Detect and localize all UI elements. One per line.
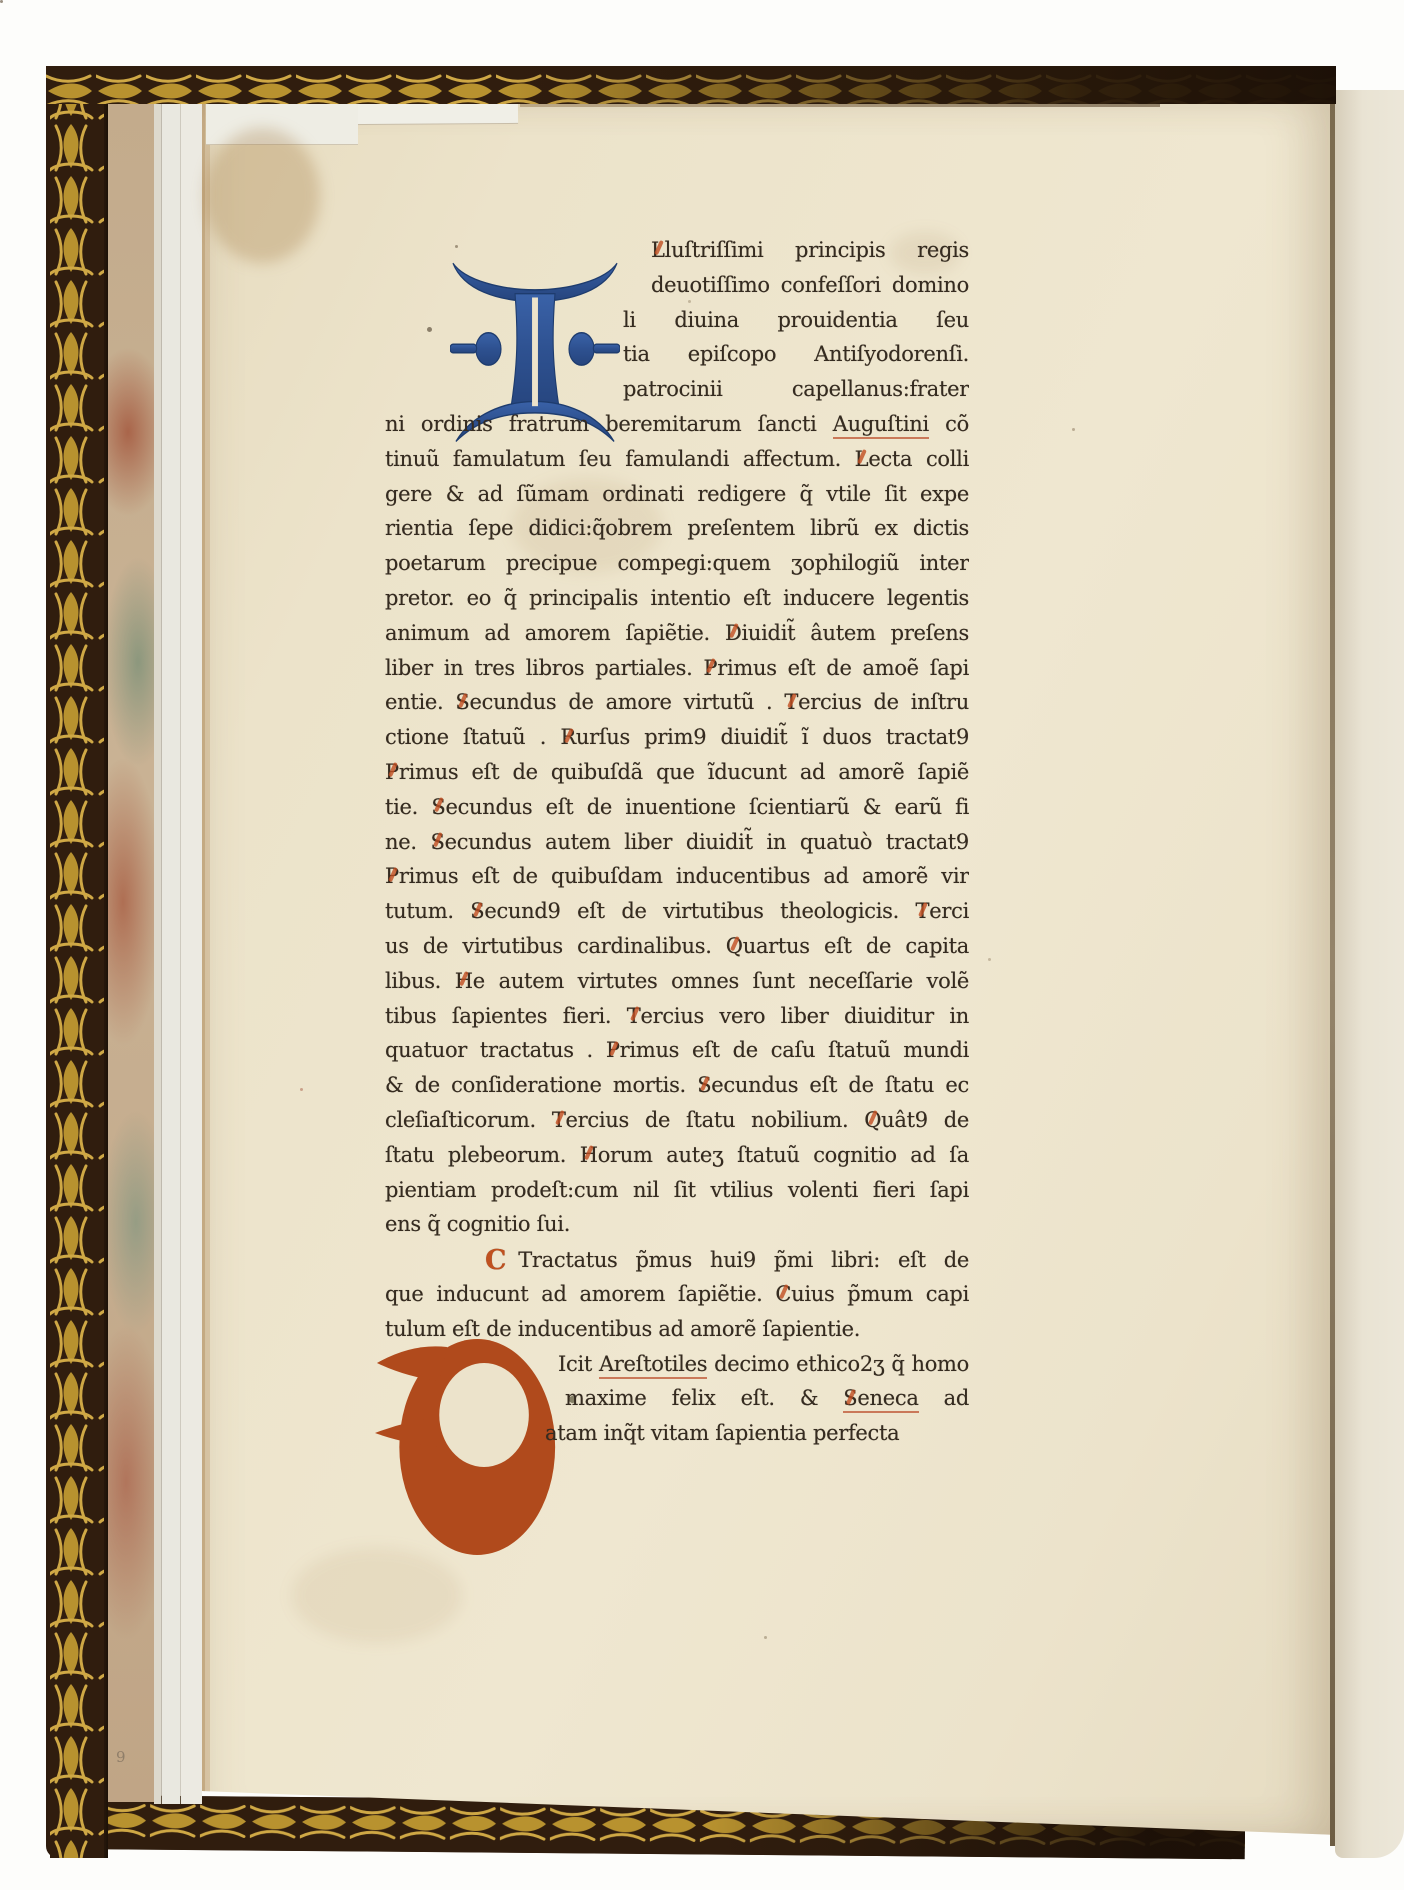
paragraph: CTractatus p̃mus hui9 p̃mi libri: eſt de… <box>385 1242 969 1346</box>
text-line: Primus eſt de quibuſdam inducentibus ad … <box>385 859 969 894</box>
flyleaf-edge <box>154 96 202 1804</box>
text-segment: uât9 de <box>881 1108 969 1132</box>
text-segment: liber in tres libros partiales. <box>385 656 703 680</box>
text-line: entie. Secundus de amore virtutũ . Terci… <box>385 685 969 720</box>
text-line: maxime felix eſt. & Seneca ad Lucillum. … <box>385 1381 969 1416</box>
text-segment: ecundus de amore virtutũ . <box>469 690 784 714</box>
rubricated-capital: L <box>855 447 869 471</box>
text-segment: libus. <box>385 969 455 993</box>
text-line: us de virtutibus cardinalibus. Quartus e… <box>385 929 969 964</box>
text-segment: ercius de ſtatu nobilium. <box>566 1108 865 1132</box>
text-line: animum ad amorem ſapiẽtie. Diuidit̃ âute… <box>385 616 969 651</box>
red-underlined-word: Areſtotiles <box>599 1352 707 1379</box>
text-segment: que inducunt ad amorem ſapiẽtie. <box>385 1282 775 1306</box>
paragraph-mark: C <box>485 1245 506 1276</box>
text-line: tie. Secundus eſt de inuentione ſcientia… <box>385 790 969 825</box>
text-segment: uius p̃mum capi <box>791 1282 969 1306</box>
text-column: Lluſtriſſimi principis regis francorumde… <box>385 233 969 1451</box>
text-line: CTractatus p̃mus hui9 p̃mi libri: eſt de… <box>385 1242 969 1277</box>
text-line: & de conſideratione mortis. Secundus eſt… <box>385 1068 969 1103</box>
text-segment: ercius vero liber diuiditur in <box>640 1004 969 1028</box>
rubricated-capital: C <box>775 1282 791 1306</box>
rubricated-capital: D <box>725 621 742 645</box>
gutter-fold <box>1330 90 1335 1846</box>
text-segment: quatuor tractatus . <box>385 1038 606 1062</box>
text-line: rientia ſepe didici:q̃obrem preſentem li… <box>385 511 969 546</box>
text-segment: iuidit̃ âutem preſens <box>742 621 969 645</box>
red-underlined-word: eneca <box>857 1386 918 1413</box>
gilt-tooling-pattern <box>46 66 1336 104</box>
text-line: ctione ſtatuũ . Rurſus prim9 diuidit̃ ĩ … <box>385 720 969 755</box>
text-segment: rimus eſt de amoẽ ſapi <box>717 656 969 680</box>
text-line: libus. He autem virtutes omnes ſunt nece… <box>385 964 969 999</box>
red-underlined-word: Auguſtini <box>833 412 929 439</box>
text-line: Primus eſt de quibuſdã que ĩducunt ad am… <box>385 755 969 790</box>
text-segment: orum auteʒ ſtatuũ cognitio ad ſa <box>598 1143 969 1167</box>
text-line: pretor. eo q̃ principalis intentio eſt i… <box>385 581 969 616</box>
rubricated-capital: P <box>385 864 399 888</box>
text-segment: & de conſideratione mortis. <box>385 1073 697 1097</box>
text-segment: tutum. <box>385 899 470 923</box>
paragraph: Lluſtriſſimi principis regis francorumde… <box>385 233 969 1242</box>
text-segment: Tractatus p̃mus hui9 p̃mi libri: eſt de … <box>485 1248 969 1277</box>
rubricated-capital: P <box>385 760 399 784</box>
text-line: deuotiſſimo confeſſori domino Michae <box>385 268 969 303</box>
rubricated-capital: S <box>470 899 484 923</box>
text-segment: cleſiaſticorum. <box>385 1108 552 1132</box>
text-line: tutum. Secund9 eſt de virtutibus theolog… <box>385 894 969 929</box>
rubricated-capital: P <box>606 1038 620 1062</box>
text-line: ni ordinis fratrum beremitarum ſancti Au… <box>385 407 969 442</box>
text-segment: rimus eſt de caſu ſtatuũ mundi <box>620 1038 969 1062</box>
text-segment: luſtriſſimi principis regis francorum <box>651 238 969 268</box>
text-line: atam inq̃t vitam ſapientia perfecta effi… <box>385 1416 969 1451</box>
text-segment: ne. <box>385 830 430 854</box>
rubricated-capital: Q <box>864 1108 881 1132</box>
rubricated-capital: T <box>552 1108 566 1132</box>
text-segment: rimus eſt de quibuſdã que ĩducunt ad amo… <box>399 760 969 784</box>
text-line: tibus ſapientes fieri. Tercius vero libe… <box>385 999 969 1034</box>
rubricated-capital: S <box>431 795 445 819</box>
page-top-edge <box>520 104 1160 107</box>
rubricated-capital: S <box>430 830 444 854</box>
text-segment: cõ <box>929 412 969 436</box>
text-segment: rimus eſt de quibuſdam inducentibus ad a… <box>399 864 969 888</box>
binding-left-gilt-band <box>46 68 108 1858</box>
text-segment: ſtatu plebeorum. <box>385 1143 580 1167</box>
text-line: liber in tres libros partiales. Primus e… <box>385 651 969 686</box>
text-line: Icit Areſtotiles decimo ethico2ʒ q̃ homo… <box>385 1347 969 1382</box>
text-line: pientiam prodeſt:cum nil ſit vtilius vol… <box>385 1173 969 1208</box>
text-segment: maxime felix eſt. & <box>565 1386 843 1410</box>
text-segment: ercius de inſtru <box>798 690 969 714</box>
text-line: Lluſtriſſimi principis regis francorum <box>385 233 969 268</box>
text-segment: tinuũ famulatum ſeu famulandi affectum. <box>385 447 855 471</box>
text-segment: ctione ſtatuũ . <box>385 725 560 749</box>
text-segment: ecundus eſt de ſtatu ec <box>711 1073 969 1097</box>
text-line: tulum eſt de inducentibus ad amorẽ ſapie… <box>385 1312 969 1347</box>
text-segment: uartus eſt de capita <box>743 934 969 958</box>
foxing-specks <box>0 0 3 3</box>
text-segment: pientiam prodeſt:cum nil ſit vtilius vol… <box>385 1178 969 1202</box>
text-line: tia epiſcopo Antiſyodorenſi. humilis ſui <box>385 337 969 372</box>
text-line: ne. Secundus autem liber diuidit̃ in qua… <box>385 825 969 860</box>
text-segment: tulum eſt de inducentibus ad amorẽ ſapie… <box>385 1317 860 1341</box>
text-segment: ecundus eſt de inuentione ſcientiarũ & e… <box>445 795 969 819</box>
text-line: que inducunt ad amorem ſapiẽtie. Cuius p… <box>385 1277 969 1312</box>
text-segment: poetarum precipue compegi:quem ʒophilogi… <box>385 551 969 575</box>
text-segment: us de virtutibus cardinalibus. <box>385 934 726 958</box>
text-line: ens q̃ cognitio ſui. <box>385 1207 969 1242</box>
pencil-mark: 9 <box>116 1748 126 1766</box>
red-underlined-word: S <box>843 1386 857 1413</box>
page-stain <box>205 128 320 263</box>
text-segment: tie. <box>385 795 431 819</box>
text-line: quatuor tractatus . Primus eſt de caſu ſ… <box>385 1033 969 1068</box>
text-segment: tia epiſcopo Antiſyodorenſi. humilis ſui <box>623 342 969 372</box>
paragraph: Icit Areſtotiles decimo ethico2ʒ q̃ homo… <box>385 1347 969 1451</box>
text-segment: pretor. eo q̃ principalis intentio eſt i… <box>385 586 969 610</box>
text-segment: ecundus autem liber diuidit̃ in quatuò t… <box>445 830 969 854</box>
text-line: patrocinii capellanus:frater iacobo mag <box>385 372 969 407</box>
rubricated-capital: L <box>651 238 665 262</box>
text-segment: tibus ſapientes fieri. <box>385 1004 627 1028</box>
text-line: poetarum precipue compegi:quem ʒophilogi… <box>385 546 969 581</box>
marbled-edge <box>108 102 154 1802</box>
text-segment: ni ordinis fratrum beremitarum ſancti <box>385 412 833 436</box>
text-segment: entie. <box>385 690 455 714</box>
text-segment: animum ad amorem ſapiẽtie. <box>385 621 725 645</box>
text-segment: li diuina prouidentia ſeu prouidẽte gra <box>623 308 969 338</box>
text-line: ſtatu plebeorum. Horum auteʒ ſtatuũ cogn… <box>385 1138 969 1173</box>
rubricated-capital: T <box>916 899 930 923</box>
gilt-tooling-pattern <box>46 68 108 1858</box>
text-segment: Icit <box>558 1352 599 1376</box>
text-segment: erci <box>929 899 969 923</box>
text-segment: ens q̃ cognitio ſui. <box>385 1212 570 1236</box>
text-segment: ecta colli <box>868 447 969 471</box>
rubricated-capital: S <box>697 1073 711 1097</box>
text-segment: gere & ad ſũmam ordinati redigere q̃ vti… <box>385 482 969 506</box>
rubricated-capital: S <box>455 690 469 714</box>
text-line: gere & ad ſũmam ordinati redigere q̃ vti… <box>385 477 969 512</box>
rubricated-capital: H <box>580 1143 598 1167</box>
rubricated-capital: Q <box>726 934 743 958</box>
rubricated-capital: H <box>455 969 473 993</box>
rubricated-capital: T <box>784 690 798 714</box>
text-segment: e autem virtutes omnes ſunt neceſſarie v… <box>473 969 969 993</box>
text-segment: ecund9 eſt de virtutibus theologicis. <box>484 899 915 923</box>
rubricated-capital: R <box>560 725 576 749</box>
text-segment: patrocinii capellanus:frater iacobo mag <box>623 377 969 407</box>
rubricated-capital: P <box>703 656 717 680</box>
photograph: 9 I D <box>0 0 1404 1890</box>
text-segment: deuotiſſimo confeſſori domino Michae <box>651 273 969 303</box>
facing-page-edge <box>1335 90 1404 1858</box>
text-segment: rientia ſepe didici:q̃obrem preſentem li… <box>385 516 969 540</box>
rubricated-capital: T <box>627 1004 641 1028</box>
binding-top-gilt-band <box>46 66 1336 104</box>
text-line: tinuũ famulatum ſeu famulandi affectum. … <box>385 442 969 477</box>
text-segment: urſus prim9 diuidit̃ ĩ duos tractat9 <box>576 725 969 749</box>
text-line: cleſiaſticorum. Tercius de ſtatu nobiliu… <box>385 1103 969 1138</box>
text-segment: atam inq̃t vitam ſapientia perfecta effi… <box>545 1421 899 1451</box>
text-line: li diuina prouidentia ſeu prouidẽte gra <box>385 303 969 338</box>
